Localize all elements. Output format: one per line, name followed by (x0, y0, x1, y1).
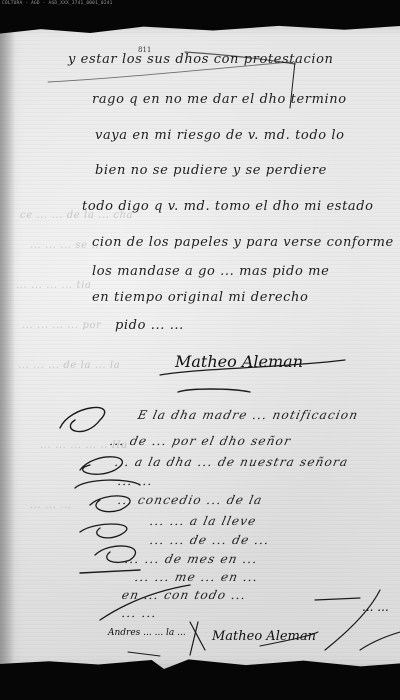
text-line: ... a la dha ... de nuestra señora (114, 455, 350, 469)
text-line: cion de los papeles y para verse conform… (92, 235, 394, 250)
witness-signature: Andres ... ... la ... (108, 627, 188, 639)
text-line: ... de ... por el dho señor (109, 434, 293, 448)
text-line: rago q en no me dar el dho termino (92, 92, 347, 107)
text-line: ... ... a la lleve (149, 514, 259, 528)
text-line: los mandase a go ... mas pido me (92, 264, 329, 279)
signature: Matheo Aleman (175, 352, 303, 371)
text-line: ... concedio ... de la (117, 493, 265, 507)
archive-label: COLTURA - AGD - AGD_XXX_3741_0001_0241 (2, 1, 113, 6)
text-line: en ... con todo ... (121, 588, 248, 602)
document-viewer: COLTURA - AGD - AGD_XXX_3741_0001_0241 c… (0, 0, 400, 700)
text-line: vaya en mi riesgo de v. md. todo lo (95, 128, 345, 143)
text-line: pido ... ... (115, 318, 184, 333)
text-line: bien no se pudiere y se perdiere (95, 163, 327, 178)
text-line: ... ... de mes en ... (124, 552, 260, 566)
text-line: ... ... (117, 474, 155, 488)
text-line: ... ... (121, 606, 159, 620)
text-line: en tiempo original mi derecho (92, 290, 308, 305)
text-line: ... ... de ... de ... (149, 533, 272, 547)
text-line: todo digo q v. md. tomo el dho mi estado (82, 199, 374, 214)
signature: Matheo Aleman (212, 629, 316, 644)
text-line: ... ... me ... en ... (134, 570, 260, 584)
text-line: E la dha madre ... notificacion (137, 408, 360, 422)
text-line: y estar los sus dhos con protestacion (68, 52, 334, 67)
signature-right: ... ... (362, 600, 389, 614)
